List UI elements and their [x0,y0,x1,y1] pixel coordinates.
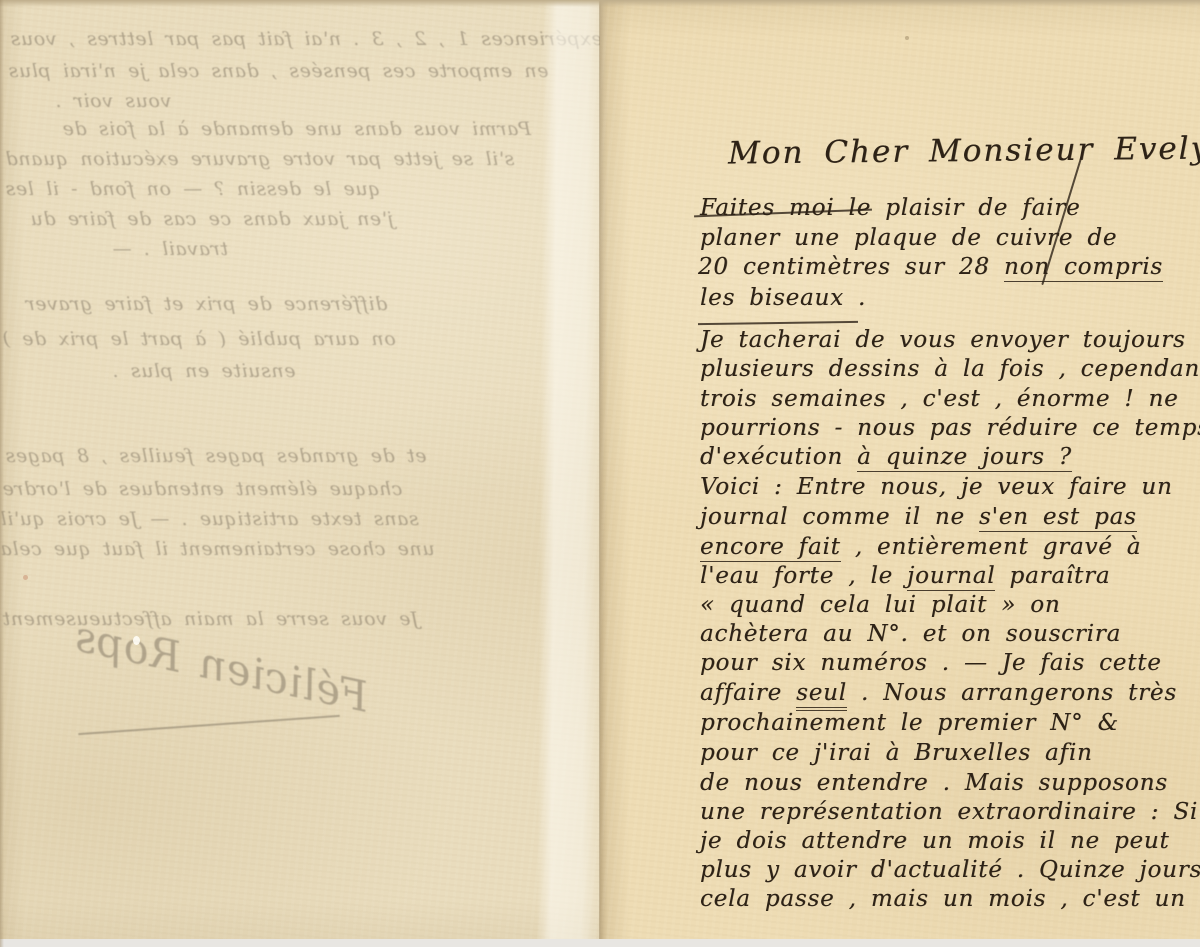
letter-line-1: Faites moi le plaisir de faire [700,193,1080,223]
ghost-text-line: que le dessin ? — on fond - il les [5,178,380,200]
letter-line-21: une représentation extraordinaire : Si [700,797,1198,827]
letter-line-15: achètera au N°. et on souscrira [700,619,1121,649]
phrase: Je tacherai de vous envoyer toujours [700,327,1186,353]
letter-line-22: je dois attendre un mois il ne peut [700,826,1170,856]
phrase: journal comme il ne [700,504,979,530]
underlined-phrase: encore fait [700,534,841,562]
scan-edge-left [0,0,4,947]
letter-line-9: d'exécution à quinze jours ? [700,442,1072,472]
letter-line-13: l'eau forte , le journal paraîtra [700,561,1110,591]
phrase: « quand cela lui plait » on [700,592,1061,618]
letter-line-11: journal comme il ne s'en est pas [700,502,1137,532]
letter-line-7: trois semaines , c'est , énorme ! ne [700,384,1179,414]
underlined-phrase: s'en est pas [979,504,1137,532]
phrase: pourrions - nous pas réduire ce temps [700,415,1200,441]
phrase: je dois attendre un mois il ne peut [700,828,1170,854]
letter-left-page: quelques expériences 1 , 2 , 3 . n'ai fa… [0,0,600,947]
phrase: plus y avoir d'actualité . Quinze jours [700,857,1200,883]
phrase: paraîtra [995,563,1110,589]
phrase: cela passe , mais un mois , c'est un peu [700,886,1200,912]
ghost-text-line: en emporte ces pensées , dans cela je n'… [8,60,549,82]
letter-line-6: plusieurs dessins à la fois , cependant [700,354,1200,384]
ghost-text-line: et de grandes pages feuilles , 8 pages [5,445,427,467]
phrase: Faites moi le plaisir de faire [700,195,1080,221]
letter-line-24: cela passe , mais un mois , c'est un peu [700,884,1200,914]
underlined-phrase: à quinze jours ? [857,444,1072,472]
phrase: . Nous arrangerons très [847,680,1177,706]
letter-line-18: prochainement le premier N° & [700,708,1119,738]
center-fold-seam [599,0,608,947]
ghost-text-line: j'en jaux dans ce cas de faire du [30,208,394,230]
paper-speck [905,36,909,40]
ghost-text-line: chaque élément entendues de l'ordre [2,478,402,500]
letter-line-10: Voici : Entre nous, je veux faire un [700,472,1173,502]
phrase: plusieurs dessins à la fois , cependant [700,356,1200,382]
letter-line-8: pourrions - nous pas réduire ce temps [700,413,1200,443]
paper-grain-left [0,0,600,947]
phrase: , entièrement gravé à [841,534,1142,560]
ghost-text-line: sans texte artistique . — Je crois qu'il [0,508,419,530]
phrase: trois semaines , c'est , énorme ! ne [700,386,1179,412]
ghost-text-line: différence de prix et faire graver [25,293,387,315]
phrase: d'exécution [700,444,857,470]
scan-edge-top [0,0,1200,7]
ghost-text-line: s'il se jette par votre gravure exécutio… [5,148,514,170]
letter-line-23: plus y avoir d'actualité . Quinze jours [700,855,1200,885]
phrase: 20 centimètres sur 28 [698,254,1004,280]
underlined-phrase: seul [796,680,847,711]
letter-line-14: « quand cela lui plait » on [700,590,1061,620]
ghost-text-line: une chose certainement il faut que cela [0,538,435,560]
fold-tape-strip [537,0,608,947]
ghost-text-line: travail . — [112,238,228,260]
scanned-letter: quelques expériences 1 , 2 , 3 . n'ai fa… [0,0,1200,947]
underlined-phrase: journal [907,563,995,591]
letter-line-19: pour ce j'irai à Bruxelles afin [700,738,1093,768]
phrase: l'eau forte , le [700,563,907,589]
letter-line-3: 20 centimètres sur 28 non compris [698,252,1163,282]
phrase: Voici : Entre nous, je veux faire un [700,474,1173,500]
paper-speck [23,575,28,580]
letter-line-17: affaire seul . Nous arrangerons très [700,678,1177,708]
paper-speck [133,636,140,645]
phrase: prochainement le premier N° & [700,710,1119,736]
letter-line-5: Je tacherai de vous envoyer toujours [700,325,1186,355]
phrase: affaire [700,680,796,706]
ghost-text-line: vous voir . [55,90,171,112]
ghost-signature-underline [78,715,339,735]
ghost-text-line: Parmi vous dans une demande à la fois de [62,118,531,140]
phrase: pour six numéros . — Je fais cette [700,650,1162,676]
salutation: Mon Cher Monsieur Evely, [728,130,1200,171]
ghost-text-line: on aura publié ( à part le prix de ) [2,328,396,350]
letter-line-16: pour six numéros . — Je fais cette [700,648,1162,678]
letter-line-12: encore fait , entièrement gravé à [700,532,1141,562]
phrase: les biseaux . [700,285,866,311]
ghost-text-line: Je vous serre la main affectueusement [2,608,419,630]
phrase: pour ce j'irai à Bruxelles afin [700,740,1093,766]
underlined-phrase: non compris [1004,254,1163,282]
phrase: de nous entendre . Mais supposons [700,770,1168,796]
letter-line-4: les biseaux . [700,283,866,313]
ghost-text-line: ensuite en plus . [112,360,296,382]
phrase: achètera au N°. et on souscrira [700,621,1121,647]
scan-edge-bottom [0,939,1200,947]
phrase: une représentation extraordinaire : Si [700,799,1198,825]
letter-line-20: de nous entendre . Mais supposons [700,768,1168,798]
